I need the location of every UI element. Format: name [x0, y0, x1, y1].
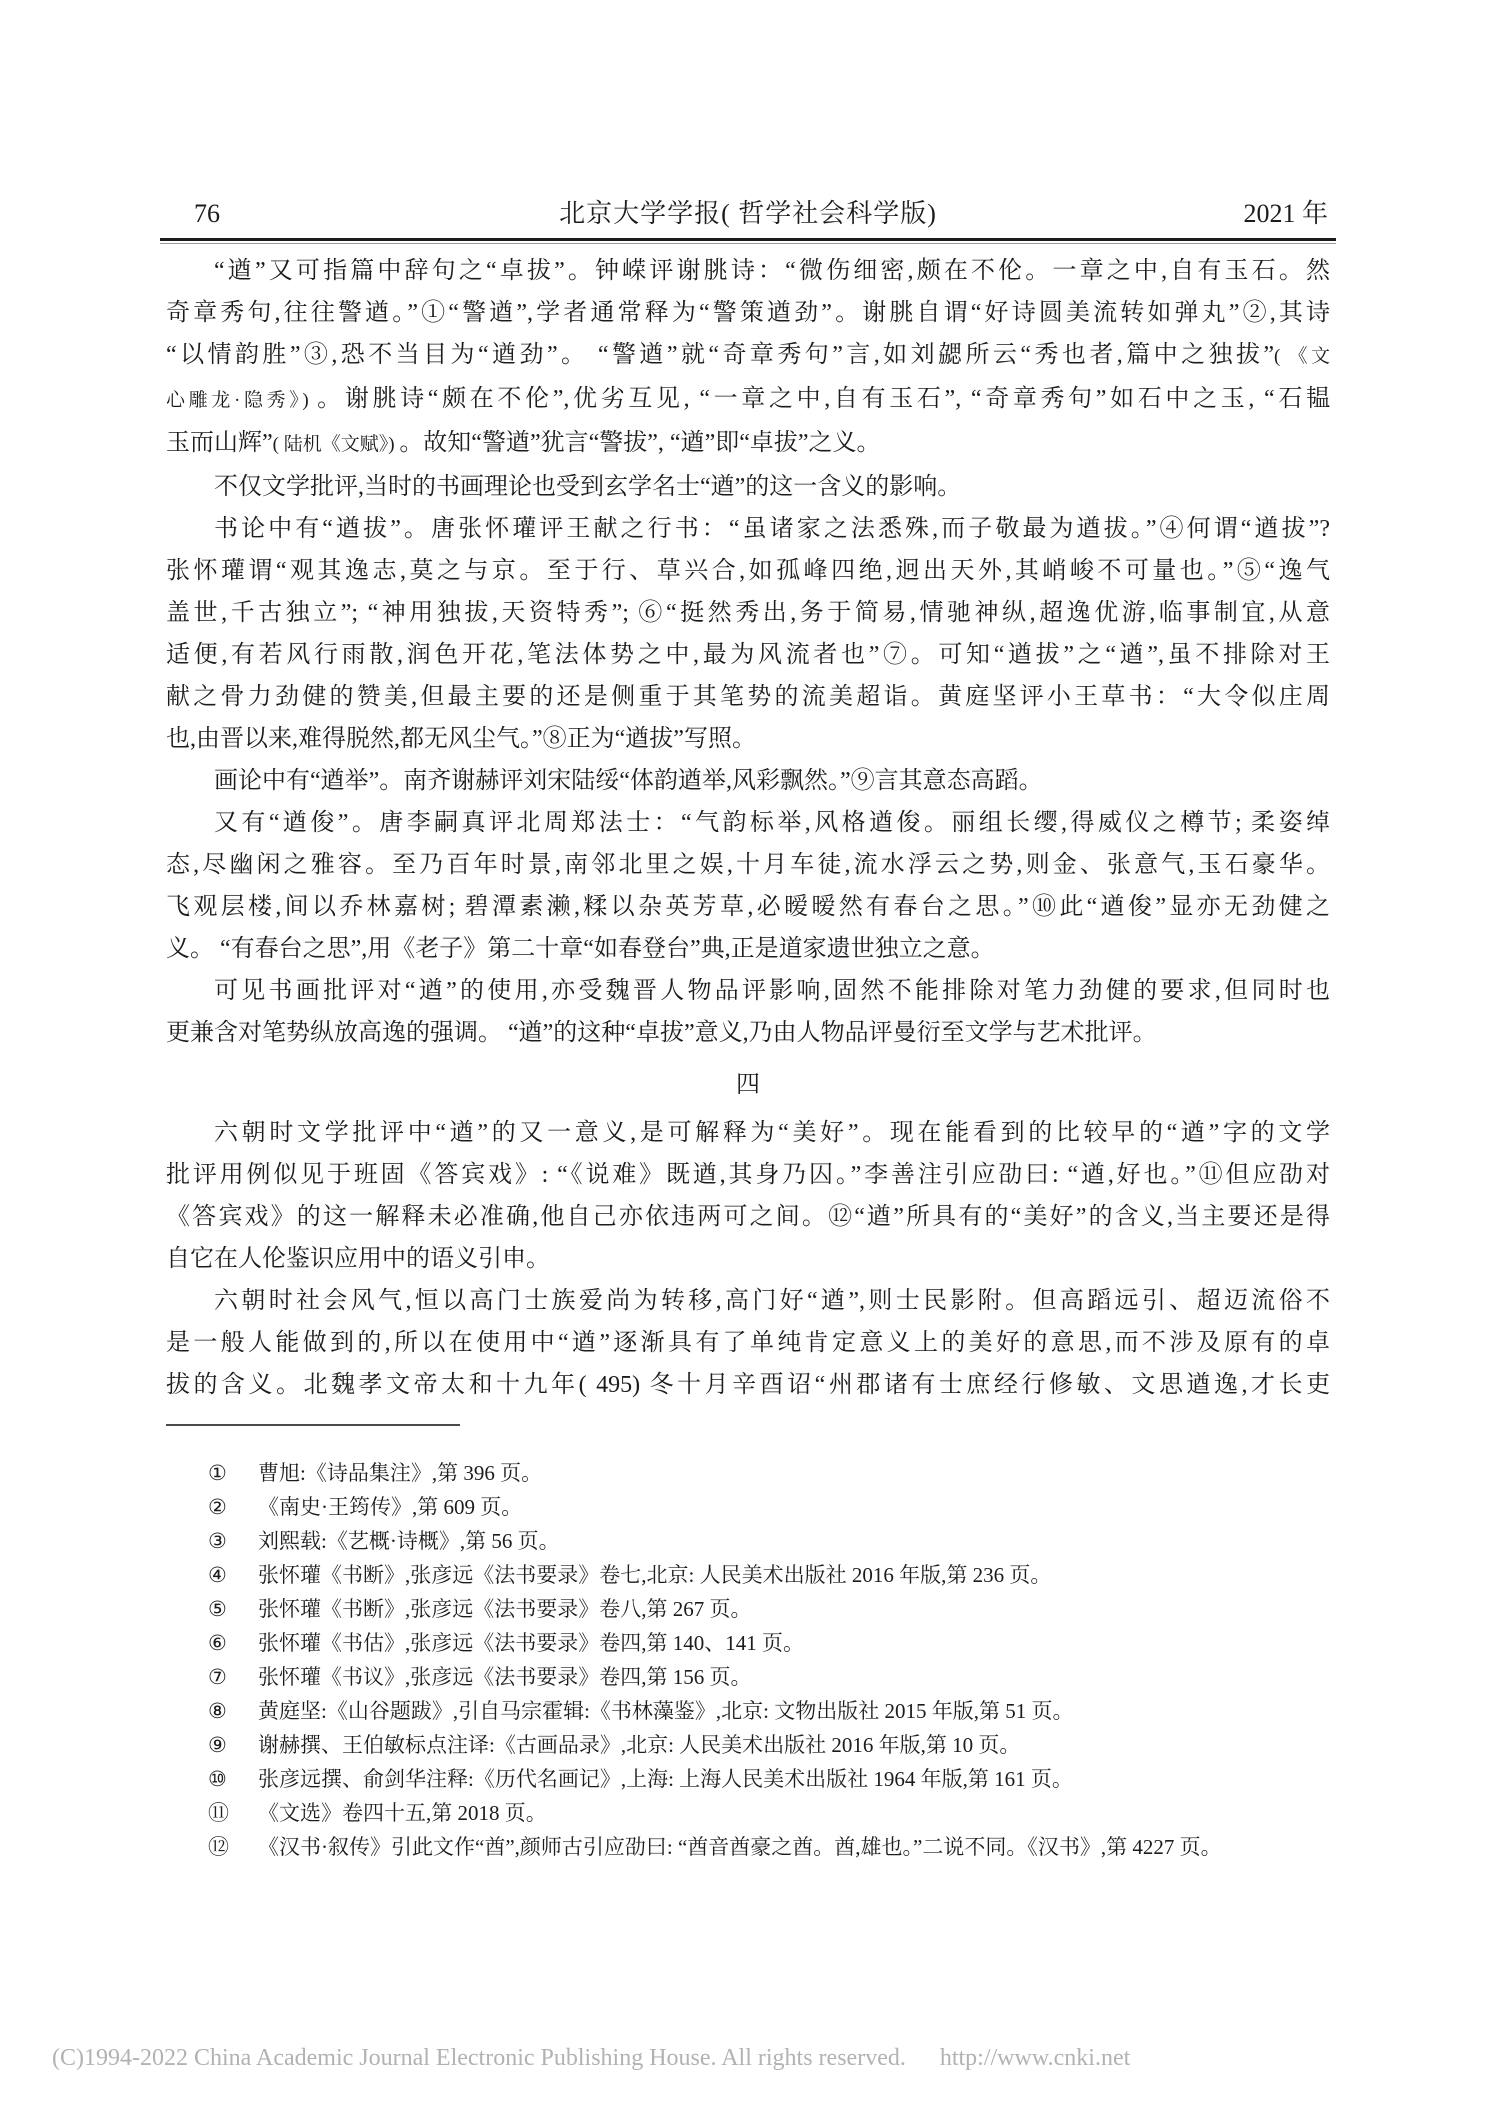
body-text-line: 更兼含对笔势纵放高逸的强调。 “遒”的这种“卓拔”意义,乃由人物品评曼衍至文学与… — [166, 1012, 1330, 1054]
body-text-line: “遒”又可指篇中辞句之“卓拔”。钟嵘评谢朓诗：“微伤细密,颇在不伦。一章之中,自… — [166, 250, 1330, 292]
text-segment: 自它在人伦鉴识应用中的语义引申。 — [166, 1246, 550, 1272]
text-segment: 飞观层楼,间以乔林嘉树; 碧潭素濑,糅以杂英芳草,必暧暧然有春台之思。”⑩此“遒… — [166, 894, 1330, 920]
body-text-line: 献之骨力劲健的赞美,但最主要的还是侧重于其笔势的流美超诣。黄庭坚评小王草书：“大… — [166, 676, 1330, 718]
text-segment: 四 — [736, 1072, 760, 1098]
cnki-url: http://www.cnki.net — [940, 2045, 1130, 2071]
footnote-marker: ② — [208, 1490, 238, 1524]
body-text-line: “以情韵胜”③,恐不当目为“遒劲”。 “警遒”就“奇章秀句”言,如刘勰所云“秀也… — [166, 334, 1330, 378]
footnote-text: 张彦远撰、俞剑华注释:《历代名画记》,上海: 上海人民美术出版社 1964 年版… — [258, 1767, 1073, 1791]
footnote-marker: ⑧ — [208, 1694, 238, 1728]
text-segment: 画论中有“遒举”。南齐谢赫评刘宋陆绥“体韵遒举,风彩飘然。”⑨言其意态高蹈。 — [214, 768, 1043, 794]
footnote-item: ⑩张彦远撰、俞剑华注释:《历代名画记》,上海: 上海人民美术出版社 1964 年… — [166, 1762, 1330, 1796]
footnote-marker: ⑦ — [208, 1660, 238, 1694]
footnote-text: 曹旭:《诗品集注》,第 396 页。 — [258, 1461, 542, 1485]
text-segment: 盖世,千古独立”; “神用独拔,天资特秀”; ⑥“挺然秀出,务于简易,情驰神纵,… — [166, 600, 1330, 626]
footnote-item: ⑦张怀瓘《书议》,张彦远《法书要录》卷四,第 156 页。 — [166, 1660, 1330, 1694]
footnote-item: ⑧黄庭坚:《山谷题跋》,引自马宗霍辑:《书林藻鉴》,北京: 文物出版社 2015… — [166, 1694, 1330, 1728]
footnote-item: ⑪《文选》卷四十五,第 2018 页。 — [166, 1796, 1330, 1830]
text-segment: 也,由晋以来,难得脱然,都无风尘气。”⑧正为“遒拔”写照。 — [166, 726, 756, 752]
body-text-line: 不仅文学批评,当时的书画理论也受到玄学名士“遒”的这一含义的影响。 — [166, 466, 1330, 508]
body-text-line: 适便,有若风行雨散,润色开花,笔法体势之中,最为风流者也”⑦。可知“遒拔”之“遒… — [166, 634, 1330, 676]
text-segment: 。故知“警遒”犹言“警拔”, “遒”即“卓拔”之义。 — [399, 430, 880, 456]
body-text-line: 义。 “有春台之思”,用《老子》第二十章“如春登台”典,正是道家遗世独立之意。 — [166, 928, 1330, 970]
footnote-text: 《汉书·叙传》引此文作“酋”,颜师古引应劭曰: “酋音酋豪之酋。酋,雄也。”二说… — [258, 1835, 1222, 1859]
footnote-item: ⑨谢赫撰、王伯敏标点注译:《古画品录》,北京: 人民美术出版社 2016 年版,… — [166, 1728, 1330, 1762]
body-text-line: 书论中有“遒拔”。唐张怀瓘评王献之行书：“虽诸家之法悉殊,而子敬最为遒拔。”④何… — [166, 508, 1330, 550]
text-segment: 适便,有若风行雨散,润色开花,笔法体势之中,最为风流者也”⑦。可知“遒拔”之“遒… — [166, 642, 1330, 668]
body-text-line: 可见书画批评对“遒”的使用,亦受魏晋人物品评影响,固然不能排除对笔力劲健的要求,… — [166, 970, 1330, 1012]
footnote-marker: ⑨ — [208, 1728, 238, 1762]
article-body: “遒”又可指篇中辞句之“卓拔”。钟嵘评谢朓诗：“微伤细密,颇在不伦。一章之中,自… — [166, 250, 1330, 1406]
text-segment: 是一般人能做到的,所以在使用中“遒”逐渐具有了单纯肯定意义上的美好的意思,而不涉… — [166, 1330, 1330, 1356]
body-text-line: 又有“遒俊”。唐李嗣真评北周郑法士：“气韵标举,风格遒俊。丽组长缨,得威仪之樽节… — [166, 802, 1330, 844]
body-text-line: 《答宾戏》的这一解释未必准确,他自己亦依违两可之间。⑫“遒”所具有的“美好”的含… — [166, 1196, 1330, 1238]
text-segment: 书论中有“遒拔”。唐张怀瓘评王献之行书：“虽诸家之法悉殊,而子敬最为遒拔。”④何… — [214, 516, 1330, 542]
issue-year: 2021 年 — [1243, 196, 1328, 232]
text-segment: 张怀瓘谓“观其逸志,莫之与京。至于行、草兴合,如孤峰四绝,迥出天外,其峭峻不可量… — [166, 558, 1330, 584]
body-text-line: 张怀瓘谓“观其逸志,莫之与京。至于行、草兴合,如孤峰四绝,迥出天外,其峭峻不可量… — [166, 550, 1330, 592]
footnote-item: ⑤张怀瓘《书断》,张彦远《法书要录》卷八,第 267 页。 — [166, 1592, 1330, 1626]
journal-page: 76 北京大学学报( 哲学社会科学版) 2021 年 “遒”又可指篇中辞句之“卓… — [0, 0, 1488, 2105]
text-segment: 奇章秀句,往往警遒。”①“警遒”,学者通常释为“警策遒劲”。谢朓自谓“好诗圆美流… — [166, 300, 1330, 326]
header-rule-thin — [160, 243, 1336, 244]
body-text-line: 奇章秀句,往往警遒。”①“警遒”,学者通常释为“警策遒劲”。谢朓自谓“好诗圆美流… — [166, 292, 1330, 334]
footnote-text: 张怀瓘《书议》,张彦远《法书要录》卷四,第 156 页。 — [258, 1665, 752, 1689]
text-segment: “以情韵胜”③,恐不当目为“遒劲”。 “警遒”就“奇章秀句”言,如刘勰所云“秀也… — [166, 342, 1274, 368]
body-text-line: 心雕龙·隐秀》) 。谢朓诗“颇在不伦”,优劣互见, “一章之中,自有玉石”, “… — [166, 378, 1330, 422]
footnote-list: ①曹旭:《诗品集注》,第 396 页。②《南史·王筠传》,第 609 页。③刘熙… — [166, 1456, 1330, 1864]
text-segment: 批评用例似见于班固《答宾戏》: “《说难》既遒,其身乃囚。”李善注引应劭曰: “… — [166, 1162, 1330, 1188]
footnote-marker: ④ — [208, 1558, 238, 1592]
text-segment: 献之骨力劲健的赞美,但最主要的还是侧重于其笔势的流美超诣。黄庭坚评小王草书：“大… — [166, 684, 1330, 710]
text-segment: 六朝时社会风气,恒以高门士族爱尚为转移,高门好“遒”,则士民影附。但高蹈远引、超… — [214, 1288, 1330, 1314]
footnote-text: 张怀瓘《书断》,张彦远《法书要录》卷七,北京: 人民美术出版社 2016 年版,… — [258, 1563, 1051, 1587]
footnote-marker: ⑫ — [208, 1830, 238, 1864]
footnote-text: 黄庭坚:《山谷题跋》,引自马宗霍辑:《书林藻鉴》,北京: 文物出版社 2015 … — [258, 1699, 1074, 1723]
inline-citation: 心雕龙·隐秀》) — [166, 390, 317, 411]
footnote-item: ②《南史·王筠传》,第 609 页。 — [166, 1490, 1330, 1524]
body-text-line: 玉而山辉”( 陆机《文赋》) 。故知“警遒”犹言“警拔”, “遒”即“卓拔”之义… — [166, 422, 1330, 466]
section-heading: 四 — [166, 1064, 1330, 1106]
footnote-item: ⑥张怀瓘《书估》,张彦远《法书要录》卷四,第 140、141 页。 — [166, 1626, 1330, 1660]
body-text-line: 拔的含义。北魏孝文帝太和十九年( 495) 冬十月辛酉诏“州郡诸有士庶经行修敏、… — [166, 1364, 1330, 1406]
text-segment: 。谢朓诗“颇在不伦”,优劣互见, “一章之中,自有玉石”, “奇章秀句”如石中之… — [317, 386, 1330, 412]
footnote-item: ①曹旭:《诗品集注》,第 396 页。 — [166, 1456, 1330, 1490]
body-text-line: 六朝时社会风气,恒以高门士族爱尚为转移,高门好“遒”,则士民影附。但高蹈远引、超… — [166, 1280, 1330, 1322]
footnote-text: 谢赫撰、王伯敏标点注译:《古画品录》,北京: 人民美术出版社 2016 年版,第… — [258, 1733, 1020, 1757]
text-segment: 拔的含义。北魏孝文帝太和十九年( 495) 冬十月辛酉诏“州郡诸有士庶经行修敏、… — [166, 1372, 1330, 1398]
page-header: 76 北京大学学报( 哲学社会科学版) 2021 年 — [166, 196, 1330, 232]
text-segment: “遒”又可指篇中辞句之“卓拔”。钟嵘评谢朓诗：“微伤细密,颇在不伦。一章之中,自… — [214, 258, 1330, 284]
text-segment: 玉而山辉” — [166, 430, 273, 456]
footnote-text: 张怀瓘《书断》,张彦远《法书要录》卷八,第 267 页。 — [258, 1597, 752, 1621]
header-rule-thick — [160, 238, 1336, 241]
body-text-line: 自它在人伦鉴识应用中的语义引申。 — [166, 1238, 1330, 1280]
footnotes-section: ①曹旭:《诗品集注》,第 396 页。②《南史·王筠传》,第 609 页。③刘熙… — [166, 1424, 1330, 1864]
inline-citation: ( 《文 — [1274, 346, 1330, 367]
text-segment: 义。 “有春台之思”,用《老子》第二十章“如春登台”典,正是道家遗世独立之意。 — [166, 936, 995, 962]
copyright-footer: (C)1994-2022 China Academic Journal Elec… — [52, 2042, 1452, 2074]
footnote-item: ⑫《汉书·叙传》引此文作“酋”,颜师古引应劭曰: “酋音酋豪之酋。酋,雄也。”二… — [166, 1830, 1330, 1864]
footnote-marker: ⑥ — [208, 1626, 238, 1660]
footnote-marker: ⑪ — [208, 1796, 238, 1830]
footnote-marker: ③ — [208, 1524, 238, 1558]
text-segment: 态,尽幽闲之雅容。至乃百年时景,南邻北里之娱,十月车徒,流水浮云之势,则金、张意… — [166, 852, 1330, 878]
header-rule — [160, 238, 1336, 244]
inline-citation: ( 陆机《文赋》) — [273, 434, 400, 455]
footnote-item: ④张怀瓘《书断》,张彦远《法书要录》卷七,北京: 人民美术出版社 2016 年版… — [166, 1558, 1330, 1592]
footnote-text: 《文选》卷四十五,第 2018 页。 — [258, 1801, 547, 1825]
text-segment: 可见书画批评对“遒”的使用,亦受魏晋人物品评影响,固然不能排除对笔力劲健的要求,… — [214, 978, 1330, 1004]
footnote-text: 张怀瓘《书估》,张彦远《法书要录》卷四,第 140、141 页。 — [258, 1631, 804, 1655]
footnote-text: 《南史·王筠传》,第 609 页。 — [258, 1495, 522, 1519]
body-text-line: 也,由晋以来,难得脱然,都无风尘气。”⑧正为“遒拔”写照。 — [166, 718, 1330, 760]
footnote-marker: ① — [208, 1456, 238, 1490]
footnote-marker: ⑤ — [208, 1592, 238, 1626]
copyright-text: (C)1994-2022 China Academic Journal Elec… — [52, 2045, 906, 2071]
footnote-marker: ⑩ — [208, 1762, 238, 1796]
body-text-line: 态,尽幽闲之雅容。至乃百年时景,南邻北里之娱,十月车徒,流水浮云之势,则金、张意… — [166, 844, 1330, 886]
text-segment: 又有“遒俊”。唐李嗣真评北周郑法士：“气韵标举,风格遒俊。丽组长缨,得威仪之樽节… — [214, 810, 1330, 836]
text-segment: 不仅文学批评,当时的书画理论也受到玄学名士“遒”的这一含义的影响。 — [214, 474, 961, 500]
footnote-separator — [166, 1424, 460, 1426]
body-text-line: 是一般人能做到的,所以在使用中“遒”逐渐具有了单纯肯定意义上的美好的意思,而不涉… — [166, 1322, 1330, 1364]
footnote-item: ③刘熙载:《艺概·诗概》,第 56 页。 — [166, 1524, 1330, 1558]
text-segment: 更兼含对笔势纵放高逸的强调。 “遒”的这种“卓拔”意义,乃由人物品评曼衍至文学与… — [166, 1020, 1157, 1046]
body-text-line: 批评用例似见于班固《答宾戏》: “《说难》既遒,其身乃囚。”李善注引应劭曰: “… — [166, 1154, 1330, 1196]
text-segment: 《答宾戏》的这一解释未必准确,他自己亦依违两可之间。⑫“遒”所具有的“美好”的含… — [166, 1204, 1330, 1230]
journal-title: 北京大学学报( 哲学社会科学版) — [166, 196, 1330, 232]
body-text-line: 盖世,千古独立”; “神用独拔,天资特秀”; ⑥“挺然秀出,务于简易,情驰神纵,… — [166, 592, 1330, 634]
body-text-line: 画论中有“遒举”。南齐谢赫评刘宋陆绥“体韵遒举,风彩飘然。”⑨言其意态高蹈。 — [166, 760, 1330, 802]
body-text-line: 六朝时文学批评中“遒”的又一意义,是可解释为“美好”。现在能看到的比较早的“遒”… — [166, 1112, 1330, 1154]
body-text-line: 飞观层楼,间以乔林嘉树; 碧潭素濑,糅以杂英芳草,必暧暧然有春台之思。”⑩此“遒… — [166, 886, 1330, 928]
text-segment: 六朝时文学批评中“遒”的又一意义,是可解释为“美好”。现在能看到的比较早的“遒”… — [214, 1120, 1330, 1146]
footnote-text: 刘熙载:《艺概·诗概》,第 56 页。 — [258, 1529, 560, 1553]
